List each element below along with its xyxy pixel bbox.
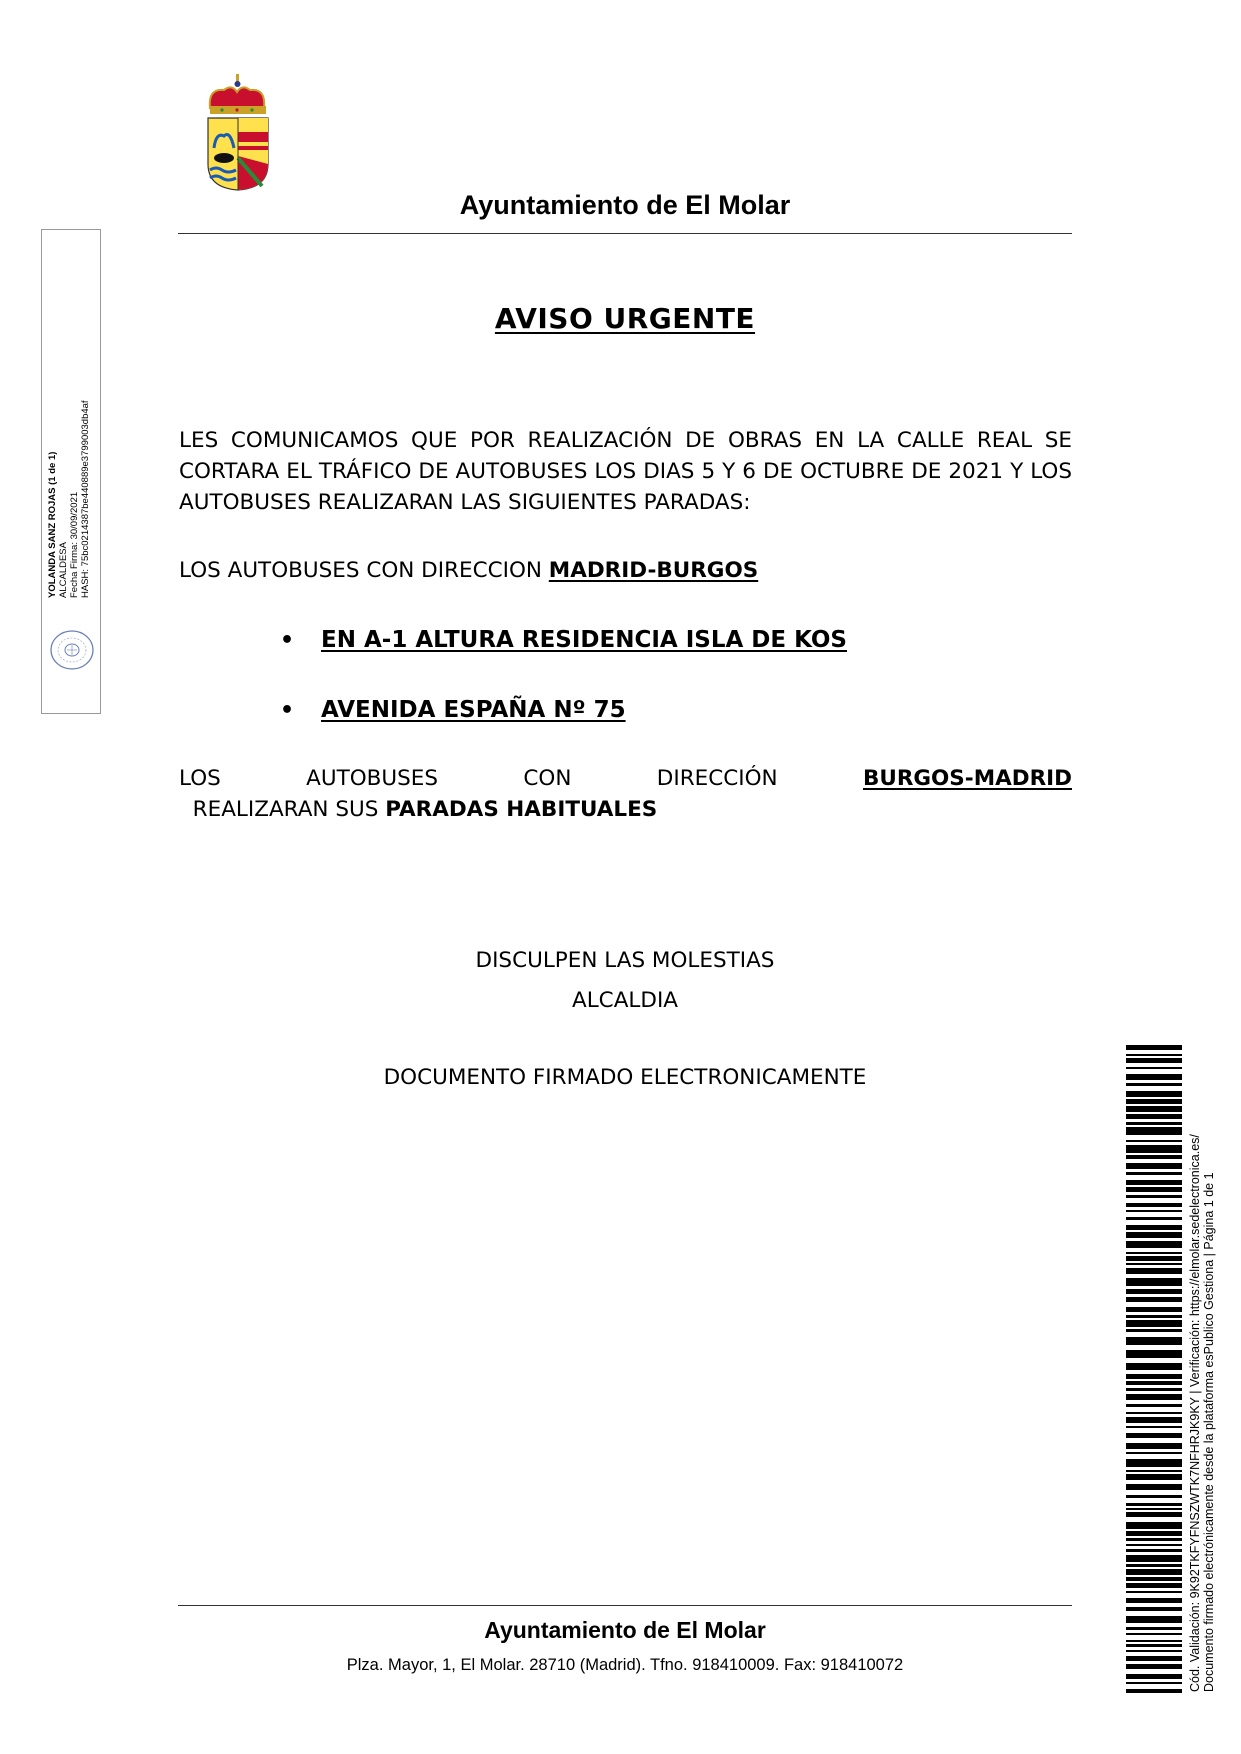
stop-text: EN A-1 ALTURA RESIDENCIA ISLA DE KOS <box>321 627 847 653</box>
header-divider <box>178 233 1072 234</box>
validation-text: Cód. Validación: 9K92TKFYFNSZWTK7NFHRJK9… <box>1188 1134 1216 1692</box>
direction-madrid-burgos: LOS AUTOBUSES CON DIRECCION MADRID-BURGO… <box>179 555 1072 586</box>
signature-hash: HASH: 75bc0214387be440889e3799003db4af <box>80 400 91 598</box>
signer-role: ALCALDESA <box>58 400 69 598</box>
signature-note: DOCUMENTO FIRMADO ELECTRONICAMENTE <box>178 1065 1072 1090</box>
platform-note: Documento firmado electrónicamente desde… <box>1202 1134 1216 1692</box>
header-title: Ayuntamiento de El Molar <box>178 190 1072 221</box>
direction-burgos-madrid: LOS AUTOBUSES CON DIRECCIÓN BURGOS-MADRI… <box>179 763 1072 825</box>
regular-stops-text: PARADAS HABITUALES <box>385 797 657 822</box>
route-madrid-burgos: MADRID-BURGOS <box>549 558 758 583</box>
signature-stamp-text: YOLANDA SANZ ROJAS (1 de 1) ALCALDESA Fe… <box>47 400 91 598</box>
signature-date: Fecha Firma: 30/09/2021 <box>69 400 80 598</box>
route-burgos-madrid: BURGOS-MADRID <box>863 766 1072 791</box>
stop-list-item: •AVENIDA ESPAÑA Nº 75 <box>280 695 626 726</box>
bullet-icon: • <box>280 696 321 726</box>
footer-divider <box>178 1605 1072 1606</box>
apology-text: DISCULPEN LAS MOLESTIAS <box>178 948 1072 973</box>
municipal-seal-icon <box>49 629 95 671</box>
bullet-icon: • <box>280 626 321 656</box>
direction-prefix: LOS AUTOBUSES CON DIRECCIÓN <box>179 766 863 791</box>
stop-list-item: •EN A-1 ALTURA RESIDENCIA ISLA DE KOS <box>280 625 847 656</box>
direction-prefix: LOS AUTOBUSES CON DIRECCION <box>179 558 549 583</box>
validation-code: Cód. Validación: 9K92TKFYFNSZWTK7NFHRJK9… <box>1188 1134 1202 1692</box>
barcode-icon <box>1126 1045 1182 1693</box>
footer-title: Ayuntamiento de El Molar <box>178 1617 1072 1644</box>
coat-of-arms-icon <box>204 74 272 192</box>
signed-by: ALCALDIA <box>178 988 1072 1013</box>
stop-text: AVENIDA ESPAÑA Nº 75 <box>321 697 626 723</box>
signer-name: YOLANDA SANZ ROJAS (1 de 1) <box>47 400 58 598</box>
direction-middle: REALIZARAN SUS <box>179 797 385 822</box>
notice-paragraph: LES COMUNICAMOS QUE POR REALIZACIÓN DE O… <box>179 425 1072 518</box>
notice-title: AVISO URGENTE <box>178 302 1072 335</box>
footer-address: Plza. Mayor, 1, El Molar. 28710 (Madrid)… <box>178 1656 1072 1675</box>
